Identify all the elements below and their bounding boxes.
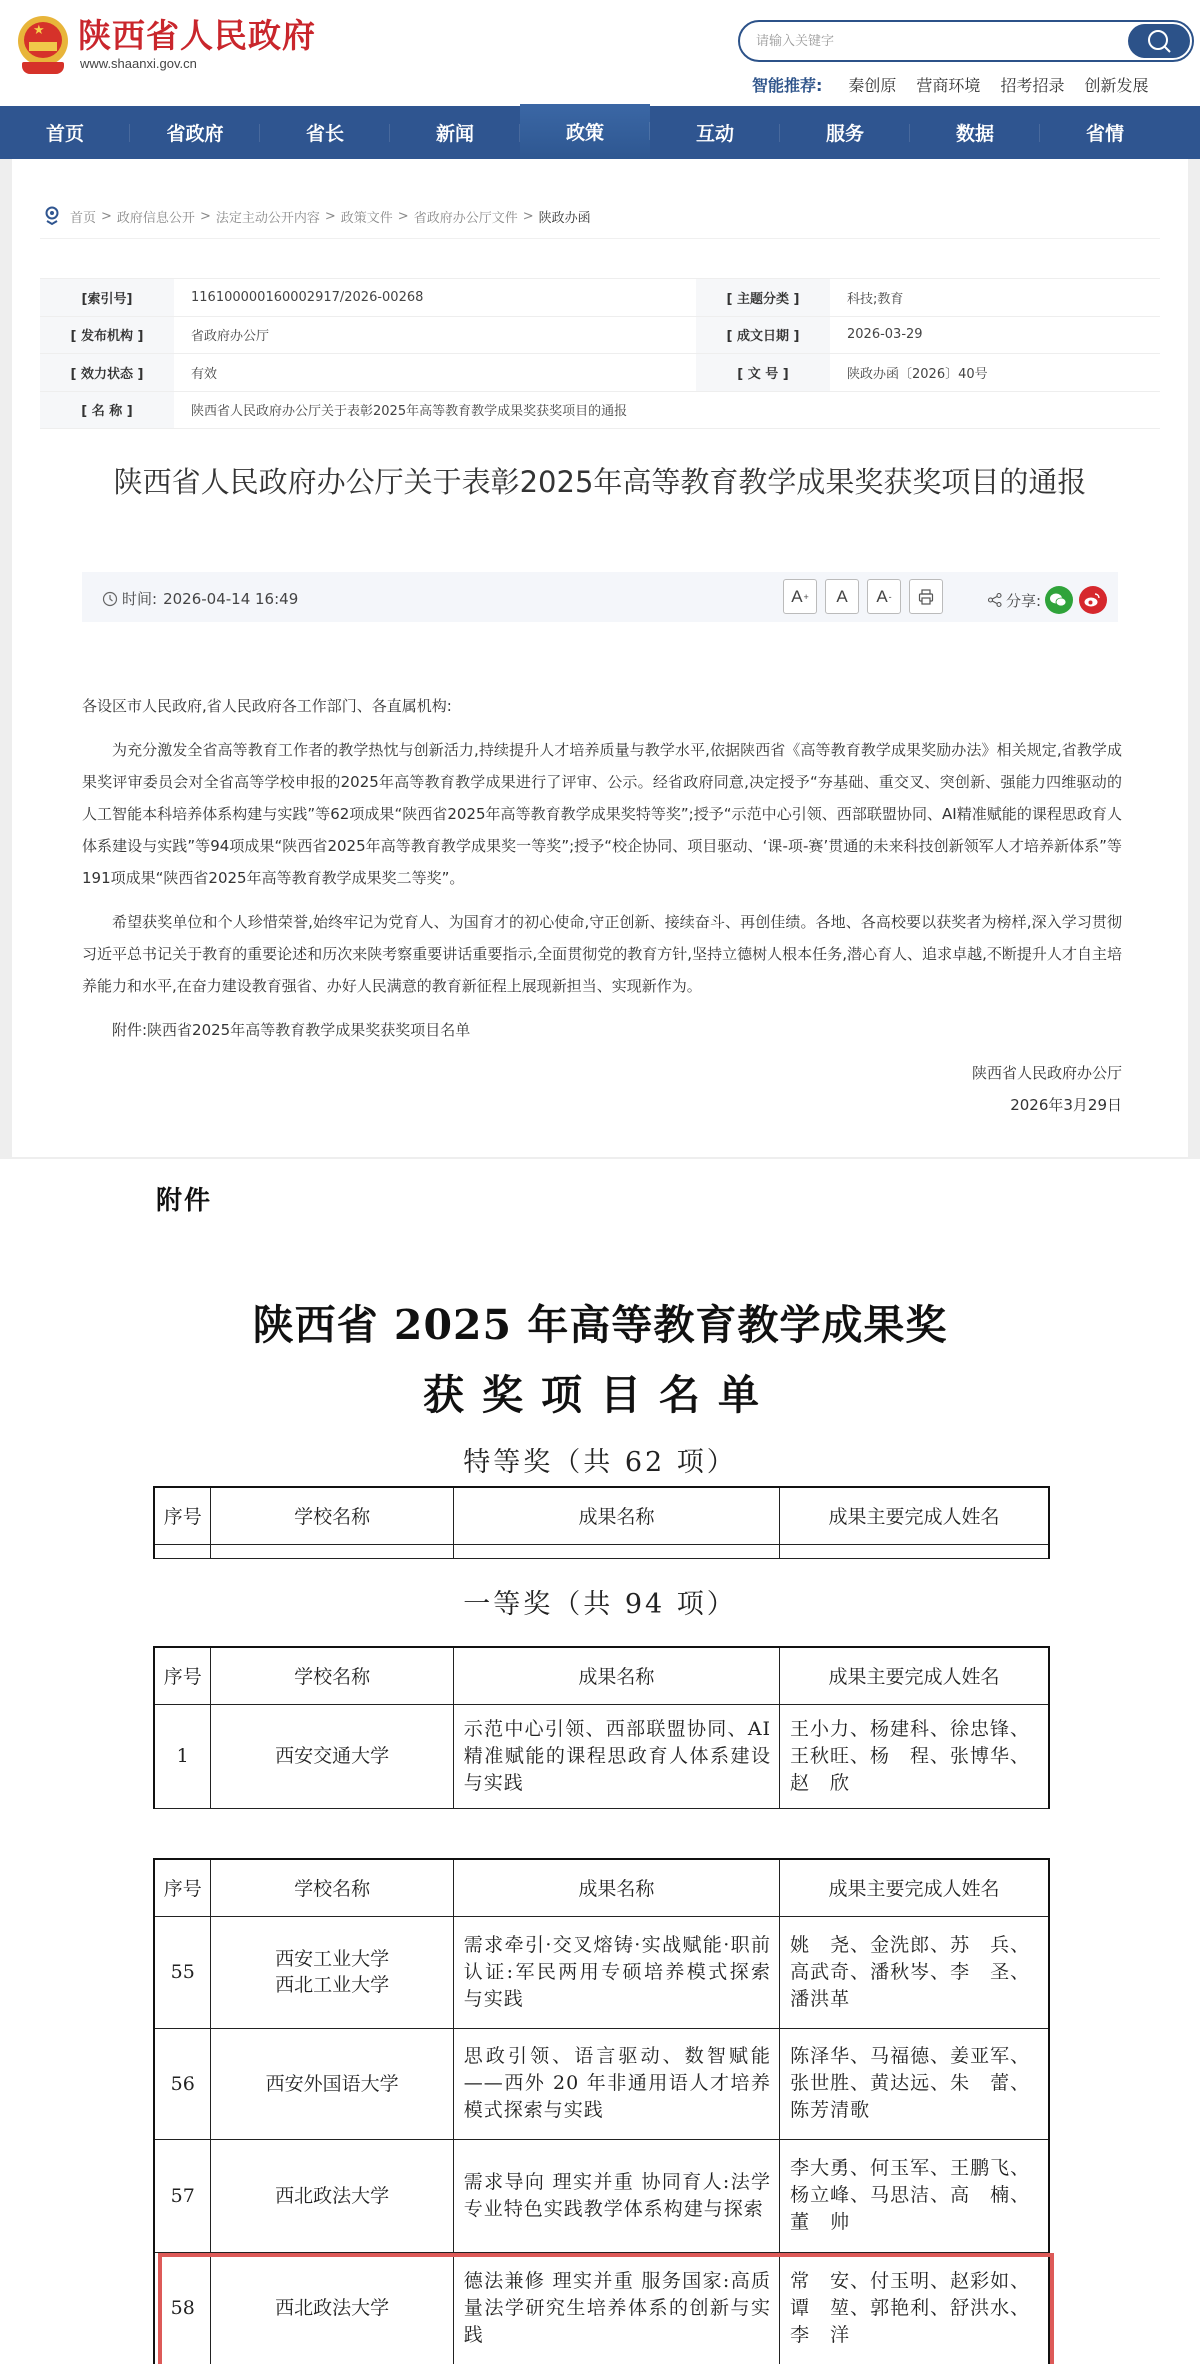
col-header: 学校名称 [211, 1487, 453, 1544]
sign-date: 2026年3月29日 [1010, 1094, 1122, 1115]
article-body: 各设区市人民政府,省人民政府各工作部门、各直属机构: 为充分激发全省高等教育工作… [82, 690, 1122, 1046]
col-header: 成果主要完成人姓名 [780, 1647, 1049, 1704]
meta-status: 有效 [174, 354, 696, 392]
meta-label: [ 发布机构 ] [40, 316, 174, 354]
nav-item-home[interactable]: 首页 [0, 106, 130, 159]
meta-publisher: 省政府办公厅 [174, 316, 696, 354]
row-no: 57 [154, 2139, 211, 2252]
col-header: 成果名称 [453, 1859, 779, 1916]
row-school: 西北政法大学 [211, 2252, 453, 2364]
col-header: 学校名称 [211, 1859, 453, 1916]
breadcrumb-office-docs[interactable]: 省政府办公厅文件 [414, 207, 518, 226]
row-people: 姚 尧、金洗郎、苏 兵、高武奇、潘秋岑、李 圣、潘洪革 [780, 1916, 1049, 2028]
breadcrumb-statutory[interactable]: 法定主动公开内容 [216, 207, 320, 226]
row-project: 德法兼修 理实并重 服务国家:高质量法学研究生培养体系的创新与实践 [453, 2252, 779, 2364]
site-header: ★ 陕西省人民政府 www.shaanxi.gov.cn 智能推荐: 秦创原 营… [0, 0, 1200, 106]
search-input[interactable] [756, 30, 1116, 52]
recommend-item[interactable]: 创新发展 [1084, 73, 1148, 96]
special-prize-table: 序号 学校名称 成果名称 成果主要完成人姓名 [153, 1486, 1050, 1559]
breadcrumb-current[interactable]: 陕政办函 [539, 207, 591, 226]
font-decrease-button[interactable]: A- [867, 579, 901, 614]
smart-recommend: 智能推荐: 秦创原 营商环境 招考招录 创新发展 [752, 73, 1168, 96]
site-url: www.shaanxi.gov.cn [80, 56, 316, 72]
meta-label: [ 成文日期 ] [696, 316, 830, 354]
nav-item-news[interactable]: 新闻 [390, 106, 520, 159]
meta-doc-no: 陕政办函〔2026〕40号 [830, 354, 1160, 392]
row-school: 西安外国语大学 [211, 2028, 453, 2139]
recommend-item[interactable]: 秦创原 [848, 73, 896, 96]
table-row-highlighted: 58 西北政法大学 德法兼修 理实并重 服务国家:高质量法学研究生培养体系的创新… [154, 2252, 1049, 2364]
paragraph: 希望获奖单位和个人珍惜荣誉,始终牢记为党育人、为国育才的初心使命,守正创新、接续… [82, 906, 1122, 1002]
site-name: 陕西省人民政府 [78, 16, 316, 56]
table-row: 57 西北政法大学 需求导向 理实并重 协同育人:法学专业特色实践教学体系构建与… [154, 2139, 1049, 2252]
school-line: 西北工业大学 [211, 1972, 452, 1998]
wechat-icon [1049, 592, 1067, 608]
breadcrumb-separator: > [200, 209, 211, 224]
printer-icon [917, 588, 935, 606]
article-toolbar: 时间: 2026-04-14 16:49 A+ A A- 分享: [82, 572, 1118, 622]
divider [40, 238, 1160, 239]
meta-date: 2026-03-29 [830, 316, 1160, 354]
school-line: 西安工业大学 [211, 1946, 452, 1972]
search-button[interactable] [1128, 24, 1190, 58]
time-label: 时间: [122, 588, 157, 609]
document-meta-table: [索引号] 11610000016000291​7/2026-00268 [ 主… [40, 278, 1160, 429]
meta-label: [ 名 称 ] [40, 391, 174, 429]
share-icon [987, 592, 1003, 608]
col-header: 成果名称 [453, 1647, 779, 1704]
row-no: 1 [154, 1704, 211, 1808]
meta-label: [ 效力状态 ] [40, 354, 174, 392]
clock-icon [102, 591, 118, 607]
meta-topic: 科技;教育 [830, 279, 1160, 317]
col-header: 成果名称 [453, 1487, 779, 1544]
location-pin-icon [44, 206, 60, 226]
row-no: 55 [154, 1916, 211, 2028]
meta-index-no: 11610000016000291​7/2026-00268 [174, 279, 696, 317]
attachment-link[interactable]: 附件:陕西省2025年高等教育教学成果奖获奖项目名单 [82, 1014, 1122, 1046]
meta-label: [索引号] [40, 279, 174, 317]
weibo-share-button[interactable] [1079, 586, 1107, 614]
col-header: 学校名称 [211, 1647, 453, 1704]
col-header: 序号 [154, 1487, 211, 1544]
col-header: 序号 [154, 1647, 211, 1704]
recommend-item[interactable]: 招考招录 [1000, 73, 1064, 96]
meta-name: 陕西省人民政府办公厅关于表彰2025年高等教育教学成果奖获奖项目的通报 [174, 391, 1160, 429]
share-label: 分享: [1006, 590, 1041, 611]
search-box [738, 20, 1194, 62]
breadcrumb-home[interactable]: 首页 [70, 207, 96, 226]
col-header: 成果主要完成人姓名 [780, 1859, 1049, 1916]
breadcrumb-separator: > [398, 209, 409, 224]
nav-item-government[interactable]: 省政府 [130, 106, 260, 159]
nav-item-policy[interactable]: 政策 [520, 104, 650, 159]
breadcrumb-separator: > [523, 209, 534, 224]
row-no: 58 [154, 2252, 211, 2364]
row-people: 李大勇、何玉军、王鹏飞、杨立峰、马思洁、高 楠、董 帅 [780, 2139, 1049, 2252]
recommend-label: 智能推荐: [752, 73, 822, 96]
row-people: 陈泽华、马福德、姜亚军、张世胜、黄达远、朱 蕾、陈芳清歌 [780, 2028, 1049, 2139]
font-decrease-label: A [876, 587, 887, 607]
font-increase-label: A [791, 587, 802, 607]
table-row: 56 西安外国语大学 思政引领、语言驱动、数智赋能——西外 20 年非通用语人才… [154, 2028, 1049, 2139]
row-school: 西安工业大学 西北工业大学 [211, 1916, 453, 2028]
first-prize-table-continued: 序号 学校名称 成果名称 成果主要完成人姓名 55 西安工业大学 西北工业大学 … [153, 1858, 1050, 2364]
row-project: 需求导向 理实并重 协同育人:法学专业特色实践教学体系构建与探索 [453, 2139, 779, 2252]
site-logo[interactable]: ★ 陕西省人民政府 www.shaanxi.gov.cn [18, 16, 316, 76]
font-normal-label: A [836, 587, 847, 607]
salutation: 各设区市人民政府,省人民政府各工作部门、各直属机构: [82, 690, 1122, 722]
row-school: 西北政法大学 [211, 2139, 453, 2252]
row-people: 常 安、付玉明、赵彩如、谭 堃、郭艳利、舒洪水、李 洋 [780, 2252, 1049, 2364]
breadcrumb-policy-docs[interactable]: 政策文件 [341, 207, 393, 226]
breadcrumb-gov-info[interactable]: 政府信息公开 [117, 207, 195, 226]
share-group: 分享: [987, 586, 1107, 614]
nav-item-interaction[interactable]: 互动 [650, 106, 780, 159]
meta-label: [ 文 号 ] [696, 354, 830, 392]
attachment-subtitle: 获奖项目名单 [0, 1362, 1200, 1421]
nav-item-province-info[interactable]: 省情 [1040, 106, 1170, 159]
first-prize-title: 一等奖（共 94 项） [0, 1582, 1200, 1621]
breadcrumb-separator: > [101, 209, 112, 224]
table-row: 1 西安交通大学 示范中心引领、西部联盟协同、AI 精准赋能的课程思政育人体系建… [154, 1704, 1049, 1808]
special-prize-title: 特等奖（共 62 项） [0, 1440, 1200, 1479]
search-icon [1146, 28, 1172, 54]
row-project: 思政引领、语言驱动、数智赋能——西外 20 年非通用语人才培养模式探索与实践 [453, 2028, 779, 2139]
breadcrumb-separator: > [325, 209, 336, 224]
col-header: 序号 [154, 1859, 211, 1916]
nav-item-service[interactable]: 服务 [780, 106, 910, 159]
row-school: 西安交通大学 [211, 1704, 453, 1808]
national-emblem-icon: ★ [18, 16, 70, 76]
row-people: 王小力、杨建科、徐忠锋、王秋旺、杨 程、张博华、赵 欣 [780, 1704, 1049, 1808]
wechat-share-button[interactable] [1045, 586, 1073, 614]
font-normal-button[interactable]: A [825, 579, 859, 614]
row-project: 示范中心引领、西部联盟协同、AI 精准赋能的课程思政育人体系建设与实践 [453, 1704, 779, 1808]
article-title: 陕西省人民政府办公厅关于表彰2025年高等教育教学成果奖获奖项目的通报 [90, 458, 1110, 506]
row-no: 56 [154, 2028, 211, 2139]
row-project: 需求牵引·交叉熔铸·实战赋能·职前认证:军民两用专硕培养模式探索与实践 [453, 1916, 779, 2028]
attachment-label: 附件 [156, 1180, 212, 1217]
table-row: 55 西安工业大学 西北工业大学 需求牵引·交叉熔铸·实战赋能·职前认证:军民两… [154, 1916, 1049, 2028]
nav-item-data[interactable]: 数据 [910, 106, 1040, 159]
font-increase-button[interactable]: A+ [783, 579, 817, 614]
weibo-icon [1083, 592, 1101, 608]
attachment-title: 陕西省 2025 年高等教育教学成果奖 [0, 1292, 1200, 1351]
paragraph: 为充分激发全省高等教育工作者的教学热忱与创新活力,持续提升人才培养质量与教学水平… [82, 734, 1122, 894]
print-button[interactable] [909, 579, 943, 614]
publish-time: 时间: 2026-04-14 16:49 [102, 588, 298, 609]
meta-label: [ 主题分类 ] [696, 279, 830, 317]
main-nav: 首页 省政府 省长 新闻 政策 互动 服务 数据 省情 [0, 106, 1200, 159]
time-value: 2026-04-14 16:49 [163, 590, 298, 608]
nav-item-governor[interactable]: 省长 [260, 106, 390, 159]
first-prize-table: 序号 学校名称 成果名称 成果主要完成人姓名 1 西安交通大学 示范中心引领、西… [153, 1646, 1050, 1809]
col-header: 成果主要完成人姓名 [780, 1487, 1049, 1544]
recommend-item[interactable]: 营商环境 [916, 73, 980, 96]
breadcrumb: 首页> 政府信息公开> 法定主动公开内容> 政策文件> 省政府办公厅文件> 陕政… [44, 206, 591, 226]
signer: 陕西省人民政府办公厅 [972, 1062, 1122, 1083]
